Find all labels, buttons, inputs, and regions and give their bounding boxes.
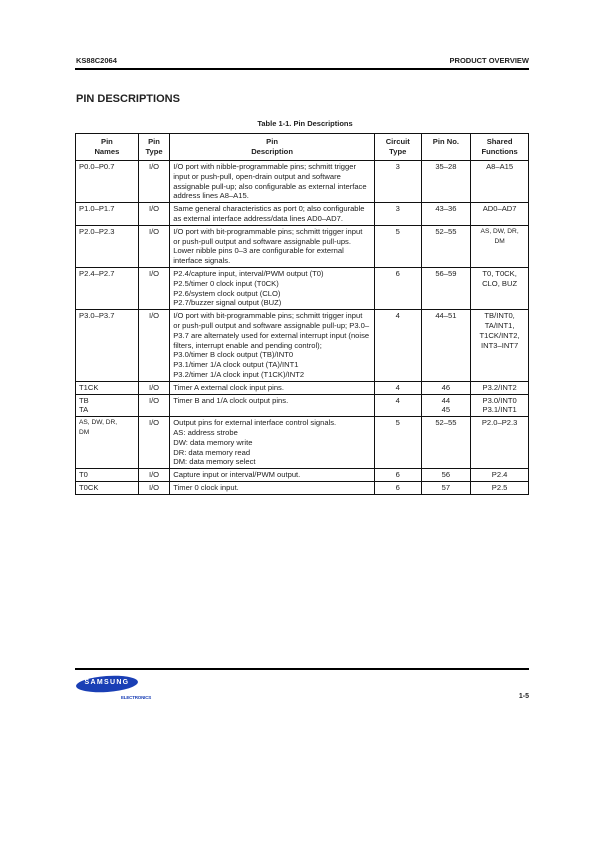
pin-description-cell: Timer A external clock input pins.: [170, 381, 375, 394]
pin-description-cell: Timer 0 clock input.: [170, 481, 375, 494]
pin-description-cell: I/O port with nibble-programmable pins; …: [170, 161, 375, 203]
cell-text-line: TA/INT1,: [474, 321, 525, 331]
table-row: AS, DW, DR,DMI/OOutput pins for external…: [76, 417, 529, 469]
cell-text-line: 56: [425, 470, 468, 480]
cell-text-line: 43–36: [425, 204, 468, 214]
shared-functions-cell: T0, T0CK,CLO, BUZ: [471, 267, 529, 309]
table-header-row: PinNamesPinTypePinDescriptionCircuitType…: [76, 134, 529, 161]
column-header-shared-functions: SharedFunctions: [471, 134, 529, 161]
pin-type-cell: I/O: [138, 481, 169, 494]
cell-text-line: 56–59: [425, 269, 468, 279]
column-header-text: Type: [141, 147, 167, 157]
table-row: P1.0–P1.7I/OSame general characteristics…: [76, 203, 529, 226]
column-header-text: Pin No.: [424, 137, 469, 147]
column-header-text: Circuit: [377, 137, 419, 147]
cell-text-line: AS, DW, DR,: [79, 418, 135, 428]
column-header-text: Shared: [473, 137, 526, 147]
shared-functions-cell: AS, DW, DR,DM: [471, 225, 529, 267]
cell-text-line: CLO, BUZ: [474, 279, 525, 289]
pin-number-cell: 52–55: [421, 417, 471, 469]
document-id: KS88C2064: [76, 56, 117, 65]
chapter-title: PRODUCT OVERVIEW: [450, 56, 529, 65]
column-header-text: Pin: [141, 137, 167, 147]
pin-type-cell: I/O: [138, 161, 169, 203]
pin-type-cell: I/O: [138, 225, 169, 267]
circuit-type-cell: 4: [374, 394, 421, 417]
shared-functions-cell: A8–A15: [471, 161, 529, 203]
cell-text-line: AD0–AD7: [474, 204, 525, 214]
column-header-pin-type: PinType: [138, 134, 169, 161]
column-header-text: Names: [78, 147, 136, 157]
table-row: TBTAI/OTimer B and 1/A clock output pins…: [76, 394, 529, 417]
pin-number-cell: 57: [421, 481, 471, 494]
pin-type-cell: I/O: [138, 394, 169, 417]
cell-text-line: T0CK: [79, 483, 135, 493]
cell-text-line: I/O port with bit-programmable pins; sch…: [173, 311, 371, 350]
cell-text-line: T0, T0CK,: [474, 269, 525, 279]
cell-text-line: T0: [79, 470, 135, 480]
cell-text-line: P2.0–P2.3: [79, 227, 135, 237]
table-row: P0.0–P0.7I/OI/O port with nibble-program…: [76, 161, 529, 203]
cell-text-line: TA: [79, 405, 135, 415]
shared-functions-cell: P3.0/INT0P3.1/INT1: [471, 394, 529, 417]
column-header-pin-no: Pin No.: [421, 134, 471, 161]
pin-number-cell: 52–55: [421, 225, 471, 267]
logo-text: SAMSUNG: [76, 679, 138, 686]
column-header-text: Type: [377, 147, 419, 157]
cell-text-line: AS, DW, DR,: [474, 227, 525, 237]
pin-name-cell: P2.0–P2.3: [76, 225, 139, 267]
cell-text-line: I/O port with bit-programmable pins; sch…: [173, 227, 371, 266]
cell-text-line: DW: data memory write: [173, 438, 371, 448]
cell-text-line: DM: [474, 237, 525, 247]
shared-functions-cell: AD0–AD7: [471, 203, 529, 226]
logo-subtitle: ELECTRONICS: [121, 695, 151, 700]
table-row: P2.0–P2.3I/OI/O port with bit-programmab…: [76, 225, 529, 267]
pin-type-cell: I/O: [138, 310, 169, 382]
cell-text-line: P2.5: [474, 483, 525, 493]
column-header-pin-description: PinDescription: [170, 134, 375, 161]
table-caption: Table 1-1. Pin Descriptions: [8, 119, 594, 128]
cell-text-line: DR: data memory read: [173, 448, 371, 458]
cell-text-line: 45: [425, 405, 468, 415]
cell-text-line: A8–A15: [474, 162, 525, 172]
pin-name-cell: TBTA: [76, 394, 139, 417]
pin-name-cell: T0: [76, 469, 139, 482]
cell-text-line: DM: data memory select: [173, 457, 371, 467]
cell-text-line: P2.5/timer 0 clock input (T0CK): [173, 279, 371, 289]
cell-text-line: 57: [425, 483, 468, 493]
cell-text-line: Output pins for external interface contr…: [173, 418, 371, 428]
cell-text-line: P3.0–P3.7: [79, 311, 135, 321]
cell-text-line: P3.1/timer 1/A clock output (TA)/INT1: [173, 360, 371, 370]
cell-text-line: 44: [425, 396, 468, 406]
cell-text-line: P2.6/system clock output (CLO): [173, 289, 371, 299]
cell-text-line: P0.0–P0.7: [79, 162, 135, 172]
cell-text-line: T1CK/INT2,: [474, 331, 525, 341]
pin-number-cell: 46: [421, 381, 471, 394]
pin-name-cell: AS, DW, DR,DM: [76, 417, 139, 469]
cell-text-line: 44–51: [425, 311, 468, 321]
column-header-text: Pin: [78, 137, 136, 147]
pin-description-cell: Same general characteristics as port 0; …: [170, 203, 375, 226]
pin-description-cell: Timer B and 1/A clock output pins.: [170, 394, 375, 417]
table-row: T1CKI/OTimer A external clock input pins…: [76, 381, 529, 394]
cell-text-line: T1CK: [79, 383, 135, 393]
cell-text-line: 52–55: [425, 227, 468, 237]
cell-text-line: P3.0/INT0: [474, 396, 525, 406]
pin-number-cell: 35–28: [421, 161, 471, 203]
samsung-logo: SAMSUNG: [76, 676, 138, 692]
cell-text-line: Timer B and 1/A clock output pins.: [173, 396, 371, 406]
header-rule: [75, 68, 529, 70]
pin-name-cell: P0.0–P0.7: [76, 161, 139, 203]
circuit-type-cell: 6: [374, 481, 421, 494]
cell-text-line: P3.1/INT1: [474, 405, 525, 415]
column-header-text: Description: [172, 147, 372, 157]
pin-descriptions-table: PinNamesPinTypePinDescriptionCircuitType…: [75, 133, 529, 495]
cell-text-line: Timer A external clock input pins.: [173, 383, 371, 393]
cell-text-line: P2.0–P2.3: [474, 418, 525, 428]
pin-number-cell: 43–36: [421, 203, 471, 226]
pin-number-cell: 56: [421, 469, 471, 482]
cell-text-line: I/O port with nibble-programmable pins; …: [173, 162, 371, 201]
cell-text-line: TB: [79, 396, 135, 406]
cell-text-line: INT3–INT7: [474, 341, 525, 351]
circuit-type-cell: 3: [374, 161, 421, 203]
cell-text-line: 35–28: [425, 162, 468, 172]
pin-type-cell: I/O: [138, 417, 169, 469]
table-row: P2.4–P2.7I/OP2.4/capture input, interval…: [76, 267, 529, 309]
pin-name-cell: T1CK: [76, 381, 139, 394]
cell-text-line: TB/INT0,: [474, 311, 525, 321]
column-header-pin-names: PinNames: [76, 134, 139, 161]
cell-text-line: Capture input or interval/PWM output.: [173, 470, 371, 480]
column-header-text: Pin: [172, 137, 372, 147]
pin-name-cell: T0CK: [76, 481, 139, 494]
page-number: 1-5: [519, 693, 529, 700]
cell-text-line: P1.0–P1.7: [79, 204, 135, 214]
pin-name-cell: P3.0–P3.7: [76, 310, 139, 382]
table-row: T0I/OCapture input or interval/PWM outpu…: [76, 469, 529, 482]
circuit-type-cell: 3: [374, 203, 421, 226]
cell-text-line: P3.2/INT2: [474, 383, 525, 393]
pin-name-cell: P1.0–P1.7: [76, 203, 139, 226]
cell-text-line: P2.7/buzzer signal output (BUZ): [173, 298, 371, 308]
pin-type-cell: I/O: [138, 203, 169, 226]
cell-text-line: 46: [425, 383, 468, 393]
column-header-circuit-type: CircuitType: [374, 134, 421, 161]
table-row: T0CKI/OTimer 0 clock input.657P2.5: [76, 481, 529, 494]
cell-text-line: P3.2/timer 1/A clock input (T1CK)/INT2: [173, 370, 371, 380]
cell-text-line: Timer 0 clock input.: [173, 483, 371, 493]
pin-type-cell: I/O: [138, 381, 169, 394]
cell-text-line: 52–55: [425, 418, 468, 428]
footer-rule: [75, 668, 529, 670]
circuit-type-cell: 5: [374, 225, 421, 267]
table-row: P3.0–P3.7I/OI/O port with bit-programmab…: [76, 310, 529, 382]
pin-number-cell: 44–51: [421, 310, 471, 382]
pin-description-cell: Capture input or interval/PWM output.: [170, 469, 375, 482]
cell-text-line: P2.4: [474, 470, 525, 480]
cell-text-line: Same general characteristics as port 0; …: [173, 204, 371, 224]
cell-text-line: AS: address strobe: [173, 428, 371, 438]
circuit-type-cell: 6: [374, 469, 421, 482]
shared-functions-cell: TB/INT0,TA/INT1,T1CK/INT2,INT3–INT7: [471, 310, 529, 382]
pin-number-cell: 4445: [421, 394, 471, 417]
section-title: PIN DESCRIPTIONS: [76, 93, 180, 105]
circuit-type-cell: 4: [374, 310, 421, 382]
pin-name-cell: P2.4–P2.7: [76, 267, 139, 309]
pin-type-cell: I/O: [138, 469, 169, 482]
circuit-type-cell: 5: [374, 417, 421, 469]
shared-functions-cell: P2.5: [471, 481, 529, 494]
cell-text-line: DM: [79, 428, 135, 438]
cell-text-line: P2.4/capture input, interval/PWM output …: [173, 269, 371, 279]
pin-description-cell: Output pins for external interface contr…: [170, 417, 375, 469]
pin-type-cell: I/O: [138, 267, 169, 309]
circuit-type-cell: 4: [374, 381, 421, 394]
pin-description-cell: P2.4/capture input, interval/PWM output …: [170, 267, 375, 309]
pin-number-cell: 56–59: [421, 267, 471, 309]
pin-description-cell: I/O port with bit-programmable pins; sch…: [170, 310, 375, 382]
cell-text-line: P3.0/timer B clock output (TB)/INT0: [173, 350, 371, 360]
column-header-text: Functions: [473, 147, 526, 157]
shared-functions-cell: P2.4: [471, 469, 529, 482]
shared-functions-cell: P2.0–P2.3: [471, 417, 529, 469]
circuit-type-cell: 6: [374, 267, 421, 309]
shared-functions-cell: P3.2/INT2: [471, 381, 529, 394]
cell-text-line: P2.4–P2.7: [79, 269, 135, 279]
pin-description-cell: I/O port with bit-programmable pins; sch…: [170, 225, 375, 267]
